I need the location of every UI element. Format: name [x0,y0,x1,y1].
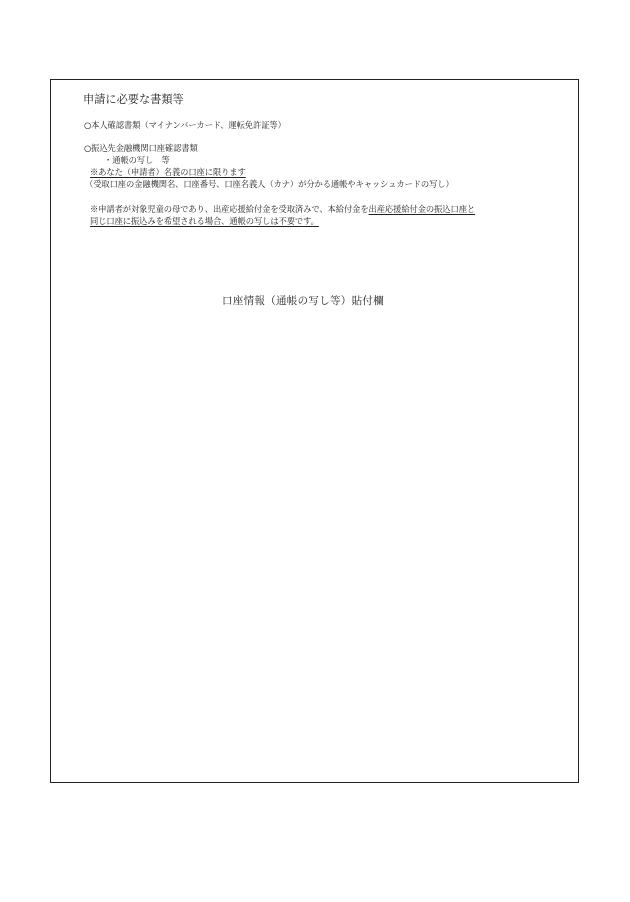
note-line-1-underlined: 出産応援給付金の振込口座と [369,204,476,214]
note-line-1: ※申請者が対象児童の母であり、出産応援給付金を受取済みで、本給付金を出産応援給付… [90,204,475,214]
bank-documents-title: ○振込先金融機関口座確認書類 [84,143,198,153]
bank-documents-detail: （受取口座の金融機関名、口座番号、口座名義人（カナ）が分かる通帳やキャッシュカー… [85,179,454,189]
note-line-1-plain: ※申請者が対象児童の母であり、出産応援給付金を受取済みで、本給付金を [90,204,369,214]
bank-documents-item: ・通帳の写し 等 [104,155,170,165]
identity-documents-line: ○本人確認書類（マイナンバーカード、運転免許証等） [84,120,286,130]
required-documents-heading: 申請に必要な書類等 [83,93,184,106]
note-line-2: 同じ口座に振込みを希望される場合、通帳の写しは不要です。 [90,216,319,226]
bank-documents-restriction: ※あなた（申請者）名義の口座に限ります [90,167,246,177]
paste-area-label: 口座情報（通帳の写し等）貼付欄 [222,295,384,308]
